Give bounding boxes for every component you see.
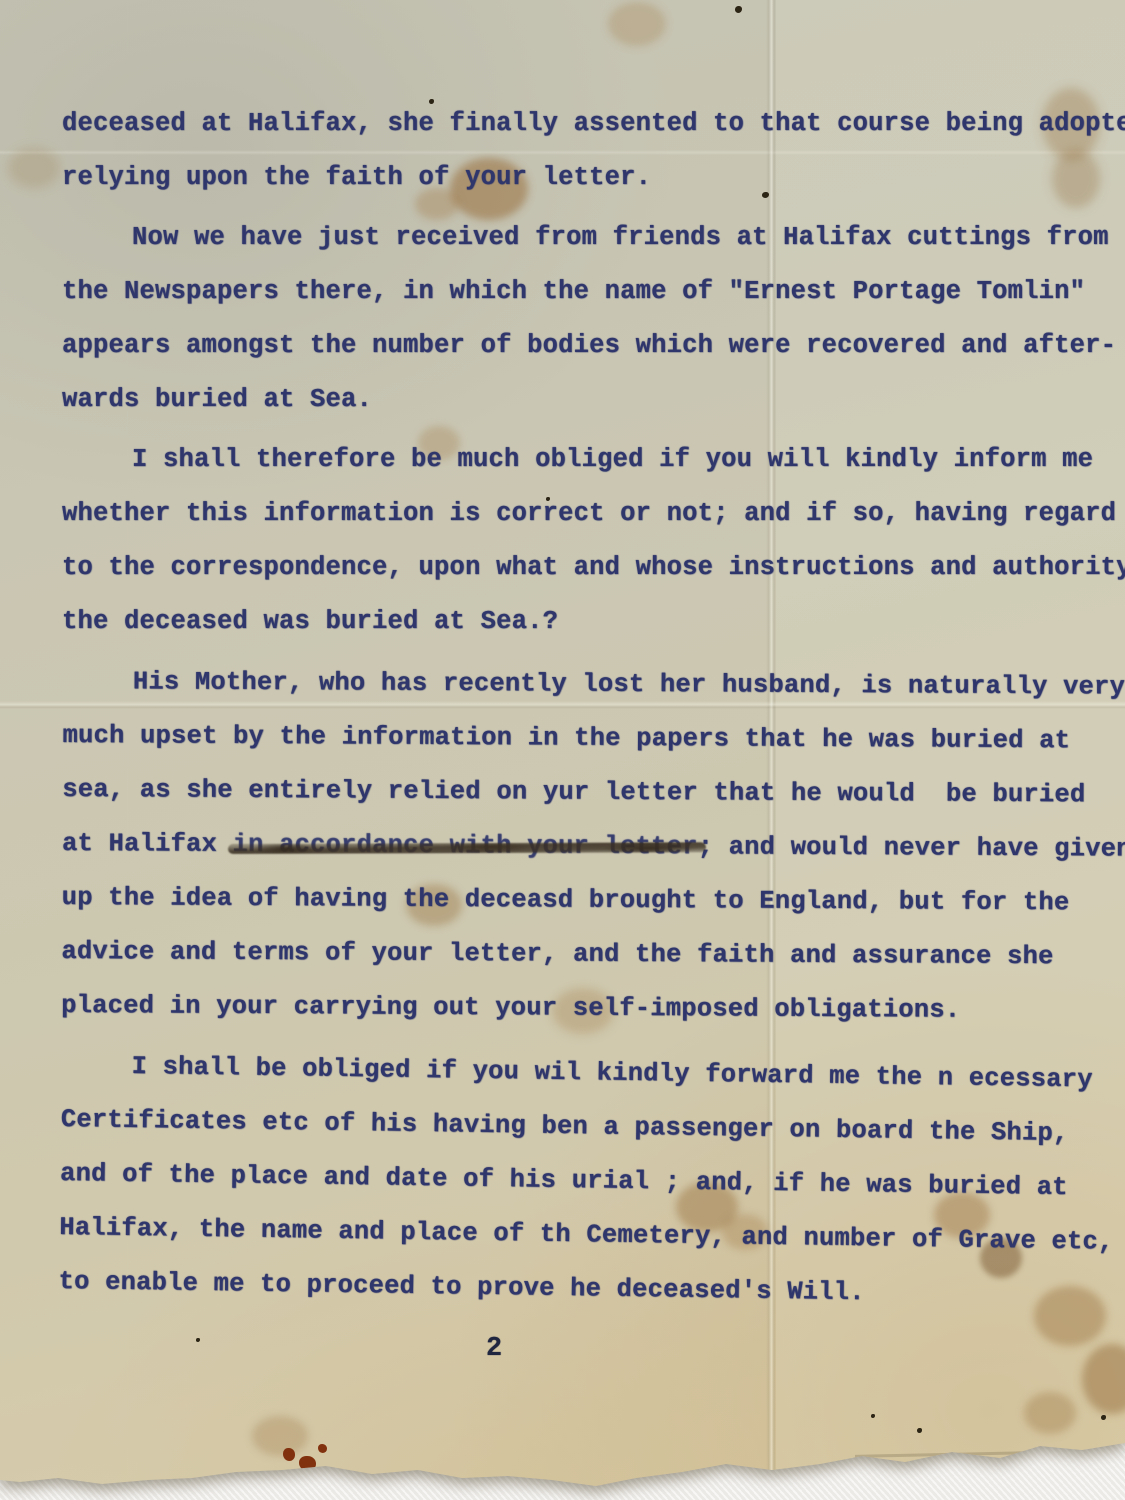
struck-out-text: in accordance with your letter bbox=[232, 830, 697, 861]
letter-line-with-strikethrough: at Halifax in accordance with your lette… bbox=[62, 817, 1118, 877]
red-spot bbox=[283, 1448, 295, 1461]
stain bbox=[8, 148, 60, 188]
letter-line: whether this information is correct or n… bbox=[62, 487, 1118, 541]
speck bbox=[735, 6, 742, 13]
paragraph-5: I shall be obliged if you wil kindly for… bbox=[58, 1039, 1118, 1324]
letter-line: the Newspapers there, in which the name … bbox=[62, 265, 1118, 319]
stain bbox=[1024, 1392, 1076, 1434]
paragraph-1: deceased at Halifax, she finally assente… bbox=[62, 97, 1118, 205]
letter-line: wards buried at Sea. bbox=[62, 373, 1118, 427]
red-spot bbox=[299, 1456, 316, 1471]
letter-line: up the idea of having the deceasd brough… bbox=[62, 871, 1118, 931]
paragraph-4: His Mother, who has recently lost her hu… bbox=[61, 655, 1119, 1039]
line-segment: ; and would never have given bbox=[698, 832, 1125, 863]
page-number: 2 bbox=[486, 1334, 503, 1364]
letter-line: the deceased was buried at Sea.? bbox=[62, 595, 1118, 649]
letter-photo: deceased at Halifax, she finally assente… bbox=[0, 0, 1125, 1500]
stain bbox=[608, 2, 666, 46]
letter-line: much upset by the information in the pap… bbox=[62, 709, 1118, 769]
letter-line: Now we have just received from friends a… bbox=[62, 211, 1118, 265]
paragraph-3: I shall therefore be much obliged if you… bbox=[62, 433, 1118, 649]
letter-line: deceased at Halifax, she finally assente… bbox=[62, 97, 1118, 151]
letter-line: placed in your carrying out your self-im… bbox=[61, 979, 1117, 1039]
red-spot bbox=[307, 1476, 314, 1484]
letter-body: deceased at Halifax, she finally assente… bbox=[62, 97, 1118, 1315]
paragraph-2: Now we have just received from friends a… bbox=[62, 211, 1118, 427]
speck bbox=[196, 1338, 200, 1342]
paper-sheet: deceased at Halifax, she finally assente… bbox=[0, 0, 1125, 1500]
letter-line: appears amongst the number of bodies whi… bbox=[62, 319, 1118, 373]
letter-line: relying upon the faith of your letter. bbox=[62, 151, 1118, 205]
letter-line: sea, as she entirely relied on yur lette… bbox=[62, 763, 1118, 823]
letter-line: His Mother, who has recently lost her hu… bbox=[63, 655, 1119, 715]
letter-line: to the correspondence, upon what and who… bbox=[62, 541, 1118, 595]
letter-line: I shall therefore be much obliged if you… bbox=[62, 433, 1118, 487]
stain bbox=[252, 1416, 308, 1456]
letter-line: advice and terms of your letter, and the… bbox=[61, 925, 1117, 985]
line-segment: at Halifax bbox=[62, 829, 233, 859]
red-spot bbox=[289, 1470, 295, 1476]
red-spot bbox=[318, 1444, 327, 1453]
